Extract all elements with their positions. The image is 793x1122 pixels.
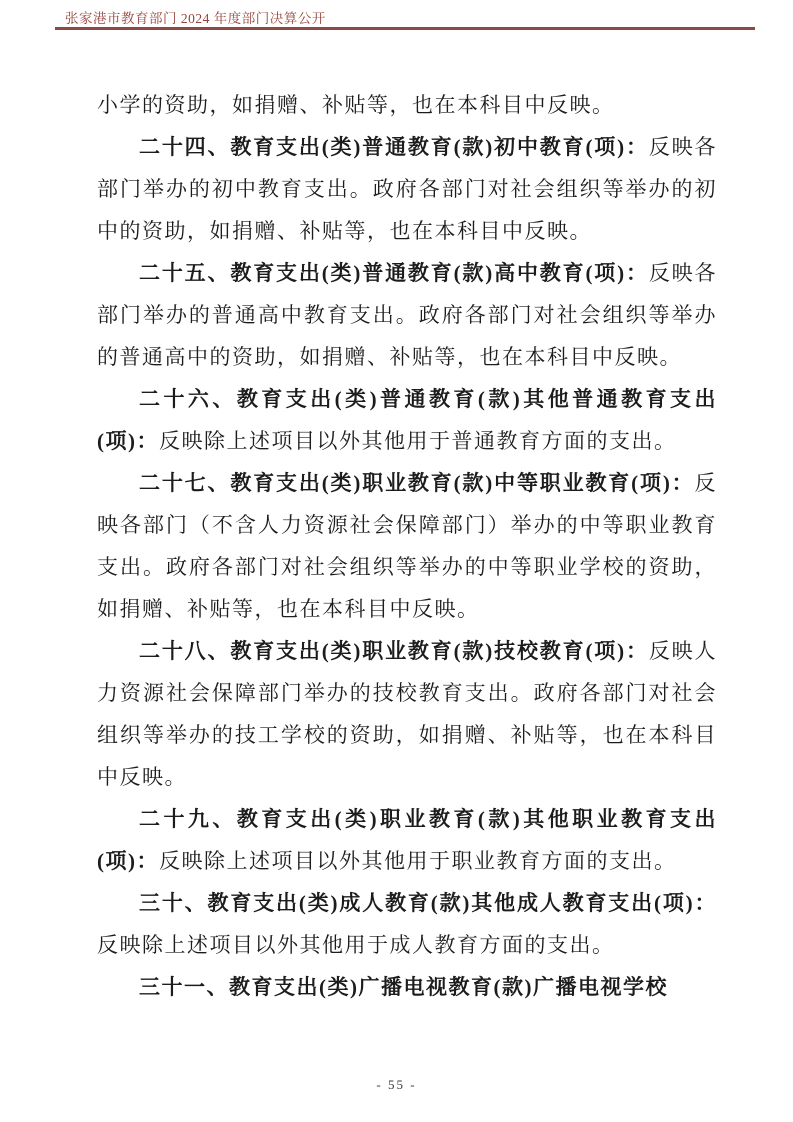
header-rule bbox=[55, 27, 755, 30]
section-heading: 三十、教育支出(类)成人教育(款)其他成人教育支出(项)： bbox=[139, 891, 717, 915]
document-body: 小学的资助，如捐赠、补贴等，也在本科目中反映。 二十四、教育支出(类)普通教育(… bbox=[97, 84, 717, 1008]
section-text: 反映除上述项目以外其他用于普通教育方面的支出。 bbox=[159, 429, 677, 453]
paragraph-section-24: 二十四、教育支出(类)普通教育(款)初中教育(项)：反映各部门举办的初中教育支出… bbox=[97, 126, 717, 252]
paragraph-section-29: 二十九、教育支出(类)职业教育(款)其他职业教育支出(项)：反映除上述项目以外其… bbox=[97, 798, 717, 882]
page-number: - 55 - bbox=[0, 1077, 793, 1093]
section-heading: 二十五、教育支出(类)普通教育(款)高中教育(项)： bbox=[139, 261, 649, 285]
paragraph-section-27: 二十七、教育支出(类)职业教育(款)中等职业教育(项)：反映各部门（不含人力资源… bbox=[97, 462, 717, 630]
paragraph-continuation: 小学的资助，如捐赠、补贴等，也在本科目中反映。 bbox=[97, 84, 717, 126]
section-heading: 二十八、教育支出(类)职业教育(款)技校教育(项)： bbox=[139, 639, 649, 663]
paragraph-section-28: 二十八、教育支出(类)职业教育(款)技校教育(项)：反映人力资源社会保障部门举办… bbox=[97, 630, 717, 798]
document-page: 张家港市教育部门 2024 年度部门决算公开 小学的资助，如捐赠、补贴等，也在本… bbox=[0, 0, 793, 1122]
paragraph-section-30: 三十、教育支出(类)成人教育(款)其他成人教育支出(项)：反映除上述项目以外其他… bbox=[97, 882, 717, 966]
section-heading: 二十七、教育支出(类)职业教育(款)中等职业教育(项)： bbox=[139, 471, 695, 495]
paragraph-section-26: 二十六、教育支出(类)普通教育(款)其他普通教育支出(项)：反映除上述项目以外其… bbox=[97, 378, 717, 462]
section-text: 反映除上述项目以外其他用于职业教育方面的支出。 bbox=[159, 849, 677, 873]
paragraph-section-25: 二十五、教育支出(类)普通教育(款)高中教育(项)：反映各部门举办的普通高中教育… bbox=[97, 252, 717, 378]
section-text: 小学的资助，如捐赠、补贴等，也在本科目中反映。 bbox=[97, 93, 615, 117]
section-text: 反映除上述项目以外其他用于成人教育方面的支出。 bbox=[97, 933, 615, 957]
section-heading: 三十一、教育支出(类)广播电视教育(款)广播电视学校 bbox=[139, 975, 668, 999]
page-header-title: 张家港市教育部门 2024 年度部门决算公开 bbox=[65, 7, 326, 27]
paragraph-section-31: 三十一、教育支出(类)广播电视教育(款)广播电视学校 bbox=[97, 966, 717, 1008]
section-heading: 二十四、教育支出(类)普通教育(款)初中教育(项)： bbox=[139, 135, 649, 159]
